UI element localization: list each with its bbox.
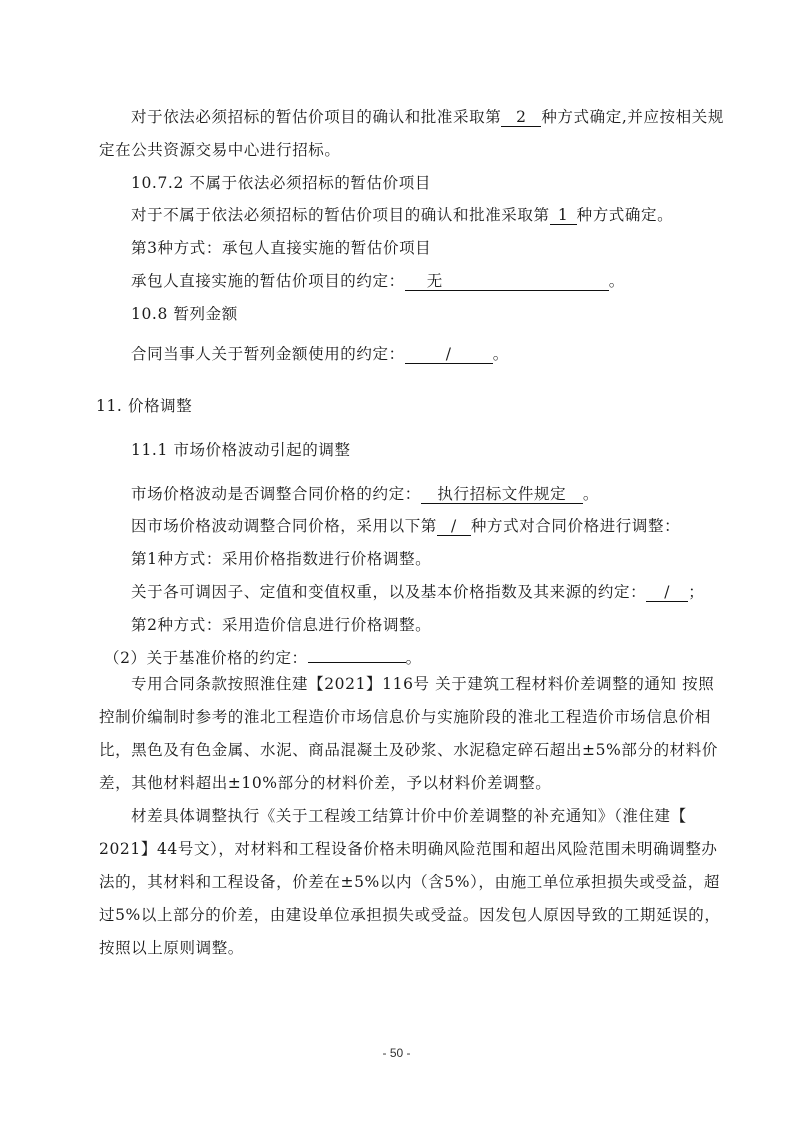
paragraph-line: 第3种方式：承包人直接实施的暂估价项目	[131, 238, 431, 258]
paragraph-line: 关于各可调因子、定值和变值权重，以及基本价格指数及其来源的约定：/；	[131, 582, 704, 602]
line-text: 对于依法必须招标的暂估价项目的确认和批准采取第	[131, 108, 501, 126]
fill-blank: 无	[405, 272, 609, 291]
paragraph-line: 材差具体调整执行《关于工程竣工结算计价中价差调整的补充通知》（淮住建【	[131, 806, 687, 826]
paragraph-line: 法的，其材料和工程设备，价差在±5%以内（含5%），由施工单位承担损失或受益，超	[99, 872, 720, 892]
paragraph-line: 第1种方式：采用价格指数进行价格调整。	[131, 549, 431, 569]
page-number: - 50 -	[0, 1046, 793, 1060]
paragraph-line: 控制价编制时参考的淮北工程造价市场信息价与实施阶段的淮北工程造价市场信息价相	[99, 707, 711, 727]
fill-blank: 2	[501, 108, 541, 127]
line-text: 。	[583, 485, 599, 503]
paragraph-line: （2）关于基准价格的约定：。	[104, 648, 422, 668]
line-text: 种方式确定。	[577, 206, 674, 224]
paragraph-line: 比，黑色及有色金属、水泥、商品混凝土及砂浆、水泥稳定碎石超出±5%部分的材料价	[99, 740, 718, 760]
section-heading-11-1: 11.1 市场价格波动引起的调整	[131, 440, 351, 460]
fill-blank: 1	[550, 206, 577, 225]
paragraph-line: 差，其他材料超出±10%部分的材料价差，予以材料价差调整。	[99, 773, 551, 793]
section-heading-10-7-2: 10.7.2 不属于依法必须招标的暂估价项目	[131, 173, 431, 193]
paragraph-line: 按照以上原则调整。	[99, 938, 244, 958]
paragraph-line: 市场价格波动是否调整合同价格的约定：执行招标文件规定。	[131, 484, 599, 504]
section-heading-11: 11. 价格调整	[96, 396, 192, 416]
fill-blank: /	[646, 583, 688, 602]
line-text: 关于各可调因子、定值和变值权重，以及基本价格指数及其来源的约定：	[131, 583, 646, 601]
line-text: 对于不属于依法必须招标的暂估价项目的确认和批准采取第	[131, 206, 550, 224]
paragraph-line: 合同当事人关于暂列金额使用的约定：/。	[131, 344, 509, 364]
line-text: 承包人直接实施的暂估价项目的约定：	[131, 272, 405, 290]
line-text: 。	[406, 649, 422, 667]
paragraph-line: 对于依法必须招标的暂估价项目的确认和批准采取第2种方式确定,并应按相关规	[131, 107, 724, 127]
paragraph-line: 第2种方式：采用造价信息进行价格调整。	[131, 615, 431, 635]
fill-blank	[308, 662, 406, 663]
line-text: 。	[493, 345, 509, 363]
paragraph-line: 2021】44号文），对材料和工程设备价格未明确风险范围和超出风险范围未明确调整…	[99, 839, 718, 859]
paragraph-line: 承包人直接实施的暂估价项目的约定：无。	[131, 271, 625, 291]
fill-blank: /	[405, 345, 493, 364]
line-text: 。	[609, 272, 625, 290]
line-text: 种方式对合同价格进行调整：	[471, 517, 680, 535]
line-text: 市场价格波动是否调整合同价格的约定：	[131, 485, 421, 503]
fill-blank: 执行招标文件规定	[421, 485, 583, 504]
fill-blank: /	[437, 517, 471, 536]
line-text: 种方式确定,并应按相关规	[541, 108, 724, 126]
line-text: ；	[688, 583, 704, 601]
line-text: 合同当事人关于暂列金额使用的约定：	[131, 345, 405, 363]
paragraph-line: 专用合同条款按照淮住建【2021】116号 关于建筑工程材料价差调整的通知 按照	[131, 674, 714, 694]
line-text: （2）关于基准价格的约定：	[104, 649, 308, 667]
section-heading-10-8: 10.8 暂列金额	[131, 304, 238, 324]
paragraph-line: 过5%以上部分的价差，由建设单位承担损失或受益。因发包人原因导致的工期延误的，	[99, 905, 721, 925]
paragraph-line: 定在公共资源交易中心进行招标。	[99, 140, 341, 160]
paragraph-line: 因市场价格波动调整合同价格，采用以下第/种方式对合同价格进行调整：	[131, 516, 680, 536]
line-text: 因市场价格波动调整合同价格，采用以下第	[131, 517, 437, 535]
paragraph-line: 对于不属于依法必须招标的暂估价项目的确认和批准采取第1种方式确定。	[131, 205, 673, 225]
